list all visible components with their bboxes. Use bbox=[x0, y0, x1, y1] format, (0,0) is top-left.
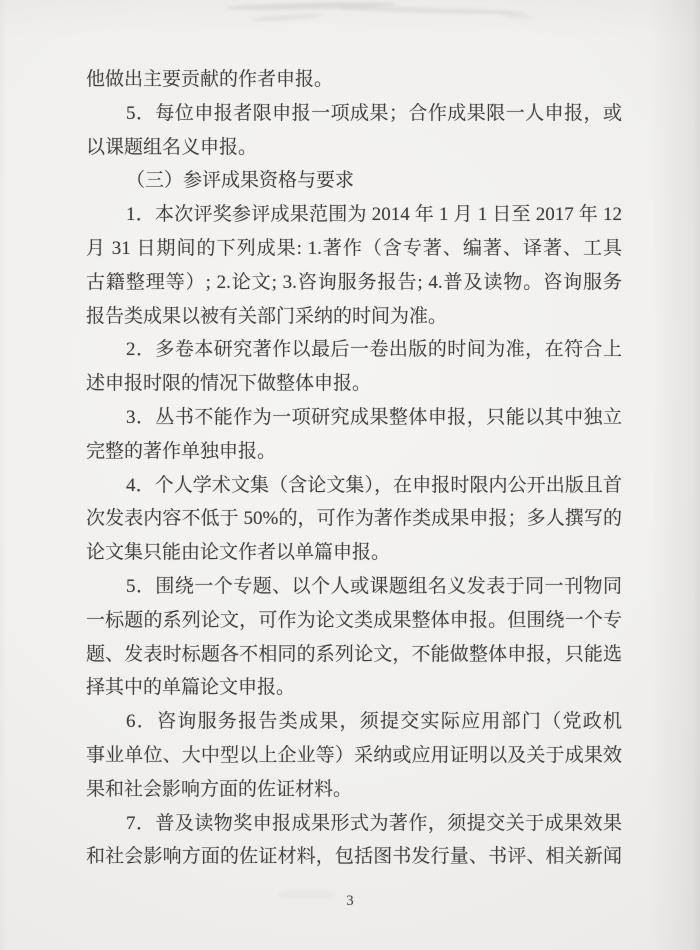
text-line: 完整的著作单独申报。 bbox=[86, 435, 622, 469]
text-line: 3．丛书不能作为一项研究成果整体申报，只能以其中独立 bbox=[86, 401, 622, 435]
text-line: 次发表内容不低于 50%的，可作为著作类成果申报；多人撰写的 bbox=[86, 502, 622, 536]
para-carryover: 他做出主要贡献的作者申报。 bbox=[86, 63, 622, 97]
document-body: 他做出主要贡献的作者申报。5．每位申报者限申报一项成果；合作成果限一人申报，或以… bbox=[86, 63, 622, 874]
rule-5-serial-papers: 5．围绕一个专题、以个人或课题组名义发表于同一刊物同一标题的系列论文，可作为论文… bbox=[86, 570, 622, 705]
text-line: （三）参评成果资格与要求 bbox=[86, 164, 622, 198]
text-line: 7．普及读物奖申报成果形式为著作，须提交关于成果效果 bbox=[86, 807, 622, 841]
text-line: 古籍整理等）; 2.论文; 3.咨询服务报告; 4.普及读物。咨询服务 bbox=[86, 266, 622, 300]
text-line: 4．个人学术文集（含论文集），在申报时限内公开出版且首 bbox=[86, 469, 622, 503]
text-line: 事业单位、大中型以上企业等）采纳或应用证明以及关于成果效 bbox=[86, 739, 622, 773]
text-line: 述申报时限的情况下做整体申报。 bbox=[86, 367, 622, 401]
rule-6-consulting-reports: 6．咨询服务报告类成果，须提交实际应用部门（党政机关、事业单位、大中型以上企业等… bbox=[86, 705, 622, 806]
text-line: 1．本次评奖参评成果范围为 2014 年 1 月 1 日至 2017 年 12 bbox=[86, 198, 622, 232]
text-line: 一标题的系列论文，可作为论文类成果整体申报。但围绕一个专 bbox=[86, 604, 622, 638]
page-number: 3 bbox=[0, 893, 700, 910]
rule-4-personal-collections: 4．个人学术文集（含论文集），在申报时限内公开出版且首次发表内容不低于 50%的… bbox=[86, 469, 622, 570]
text-line: 论文集只能由论文作者以单篇申报。 bbox=[86, 536, 622, 570]
item-5-application-limit: 5．每位申报者限申报一项成果；合作成果限一人申报，或以课题组名义申报。 bbox=[86, 97, 622, 165]
heading-section-3: （三）参评成果资格与要求 bbox=[86, 164, 622, 198]
rule-2-multivolume-works: 2．多卷本研究著作以最后一卷出版的时间为准，在符合上述申报时限的情况下做整体申报… bbox=[86, 333, 622, 401]
text-line: 以课题组名义申报。 bbox=[86, 131, 622, 165]
rule-7-popular-readings: 7．普及读物奖申报成果形式为著作，须提交关于成果效果和社会影响方面的佐证材料，包… bbox=[86, 807, 622, 875]
text-line: 和社会影响方面的佐证材料，包括图书发行量、书评、相关新闻 bbox=[86, 840, 622, 874]
text-line: 择其中的单篇论文申报。 bbox=[86, 671, 622, 705]
text-line: 报告类成果以被有关部门采纳的时间为准。 bbox=[86, 300, 622, 334]
scanned-document-page: 他做出主要贡献的作者申报。5．每位申报者限申报一项成果；合作成果限一人申报，或以… bbox=[0, 0, 700, 950]
rule-3-book-series: 3．丛书不能作为一项研究成果整体申报，只能以其中独立完整的著作单独申报。 bbox=[86, 401, 622, 469]
text-line: 2．多卷本研究著作以最后一卷出版的时间为准，在符合上 bbox=[86, 333, 622, 367]
scan-smudge-top bbox=[252, 13, 322, 23]
text-line: 题、发表时标题各不相同的系列论文，不能做整体申报，只能选 bbox=[86, 638, 622, 672]
rule-1-scope: 1．本次评奖参评成果范围为 2014 年 1 月 1 日至 2017 年 12月… bbox=[86, 198, 622, 333]
scan-smudge-top bbox=[340, 6, 525, 16]
text-line: 月 31 日期间的下列成果: 1.著作（含专著、编著、译著、工具书、 bbox=[86, 232, 622, 266]
text-line: 果和社会影响方面的佐证材料。 bbox=[86, 773, 622, 807]
text-line: 他做出主要贡献的作者申报。 bbox=[86, 63, 622, 97]
text-line: 6．咨询服务报告类成果，须提交实际应用部门（党政机关、 bbox=[86, 705, 622, 739]
text-line: 5．围绕一个专题、以个人或课题组名义发表于同一刊物同 bbox=[86, 570, 622, 604]
text-line: 5．每位申报者限申报一项成果；合作成果限一人申报，或 bbox=[86, 97, 622, 131]
